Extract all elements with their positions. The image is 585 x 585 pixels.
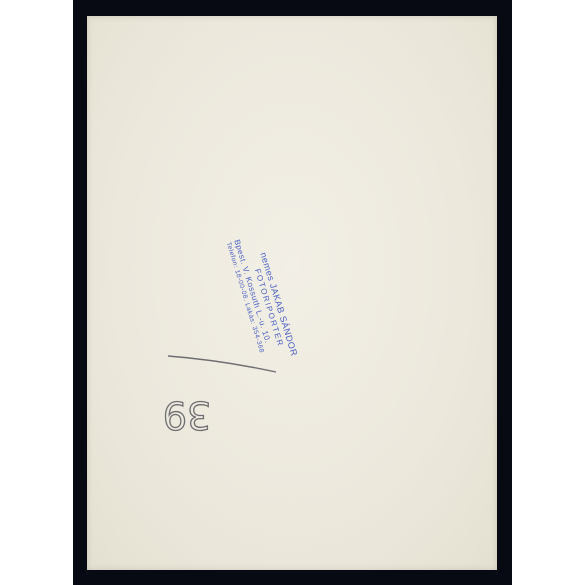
svg-text:39: 39 <box>163 393 211 437</box>
handwritten-mark: 39 <box>0 0 585 585</box>
pencil-line <box>168 356 276 372</box>
handwritten-number: 39 <box>163 393 211 437</box>
